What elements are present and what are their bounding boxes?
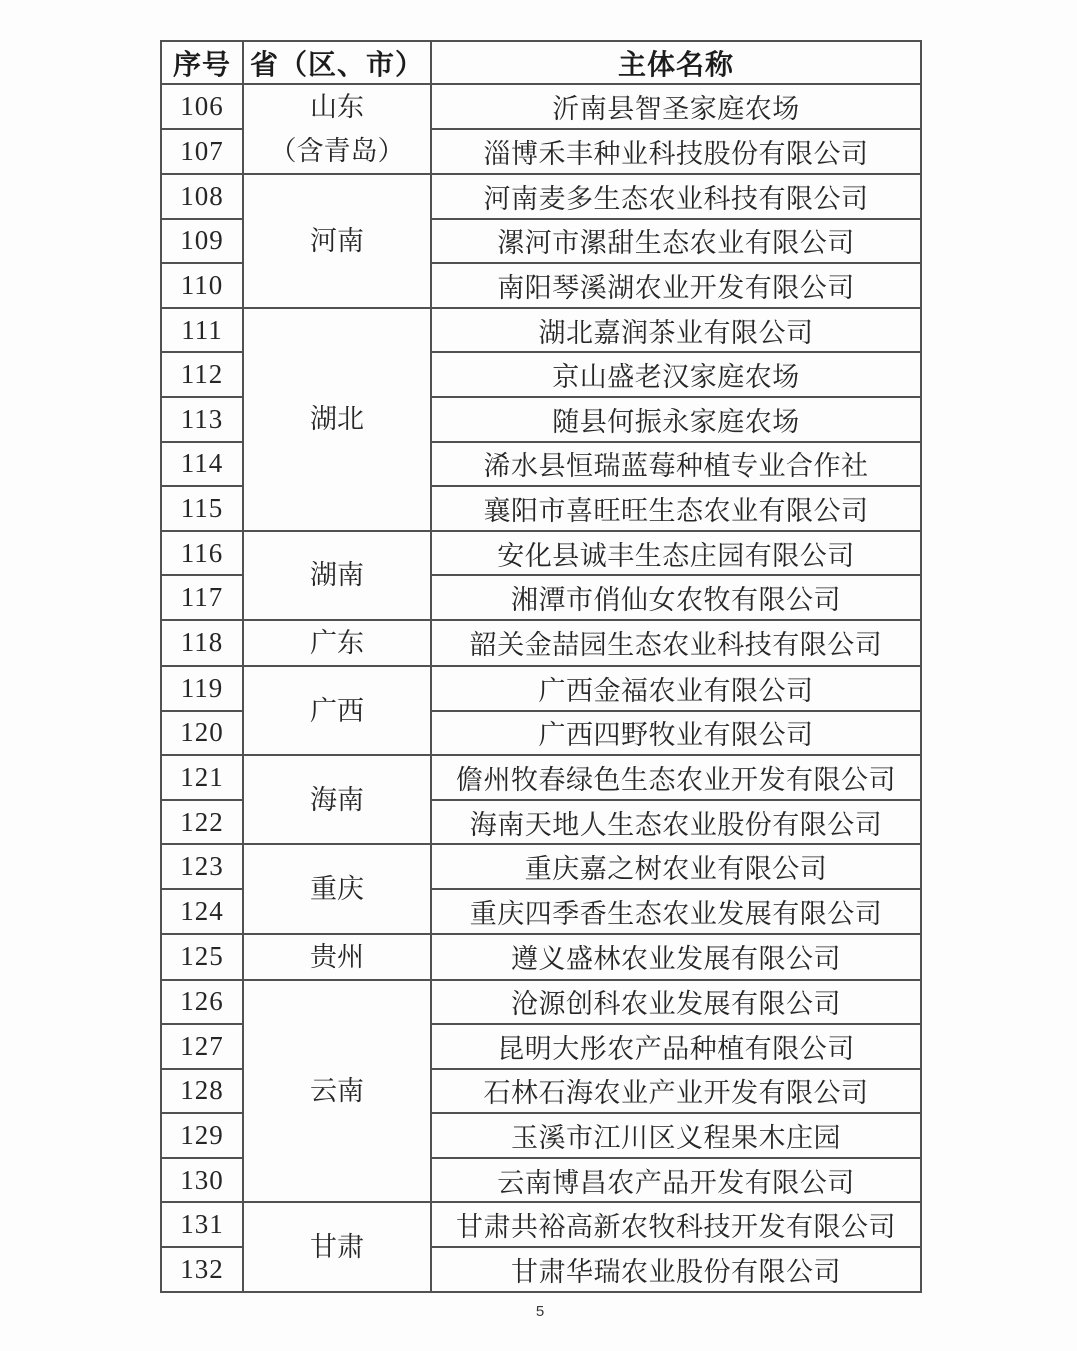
serial-number-cell: 109 <box>161 219 243 264</box>
entity-name-cell: 玉溪市江川区义程果木庄园 <box>431 1113 921 1158</box>
entity-name-cell: 甘肃共裕高新农牧科技开发有限公司 <box>431 1202 921 1247</box>
table-row: 118广东韶关金喆园生态农业科技有限公司 <box>161 620 921 666</box>
province-cell: 重庆 <box>243 844 431 933</box>
serial-number-cell: 121 <box>161 755 243 800</box>
table-header: 序号 省（区、市） 主体名称 <box>161 41 921 84</box>
table-row: 123重庆重庆嘉之树农业有限公司 <box>161 844 921 889</box>
serial-number-cell: 107 <box>161 129 243 174</box>
province-cell: 云南 <box>243 980 431 1203</box>
province-cell: 湖南 <box>243 531 431 620</box>
entity-name-cell: 沧源创科农业发展有限公司 <box>431 980 921 1025</box>
serial-number-cell: 122 <box>161 800 243 845</box>
table-row: 121海南儋州牧春绿色生态农业开发有限公司 <box>161 755 921 800</box>
serial-number-cell: 111 <box>161 308 243 353</box>
serial-number-cell: 131 <box>161 1202 243 1247</box>
header-serial-number: 序号 <box>161 41 243 84</box>
entity-name-cell: 甘肃华瑞农业股份有限公司 <box>431 1247 921 1292</box>
entity-name-cell: 浠水县恒瑞蓝莓种植专业合作社 <box>431 442 921 487</box>
entity-name-cell: 儋州牧春绿色生态农业开发有限公司 <box>431 755 921 800</box>
header-entity-name: 主体名称 <box>431 41 921 84</box>
table-row: 111湖北湖北嘉润茶业有限公司 <box>161 308 921 353</box>
document-page: 序号 省（区、市） 主体名称 106山东（含青岛）沂南县智圣家庭农场107淄博禾… <box>0 0 1077 1351</box>
province-cell: 河南 <box>243 174 431 308</box>
serial-number-cell: 115 <box>161 486 243 531</box>
entity-name-cell: 淄博禾丰种业科技股份有限公司 <box>431 129 921 174</box>
entity-name-cell: 河南麦多生态农业科技有限公司 <box>431 174 921 219</box>
header-province: 省（区、市） <box>243 41 431 84</box>
province-line: （含青岛） <box>244 129 430 173</box>
entity-name-cell: 南阳琴溪湖农业开发有限公司 <box>431 263 921 308</box>
table-row: 125贵州遵义盛林农业发展有限公司 <box>161 934 921 980</box>
table-row: 116湖南安化县诚丰生态庄园有限公司 <box>161 531 921 576</box>
entity-name-cell: 昆明大彤农产品种植有限公司 <box>431 1024 921 1069</box>
page-number: 5 <box>160 1303 920 1320</box>
serial-number-cell: 117 <box>161 575 243 620</box>
province-cell: 广东 <box>243 620 431 666</box>
province-line: 贵州 <box>244 935 430 979</box>
province-line: 广西 <box>244 689 430 733</box>
serial-number-cell: 113 <box>161 397 243 442</box>
entity-name-cell: 广西金福农业有限公司 <box>431 666 921 711</box>
province-cell: 贵州 <box>243 934 431 980</box>
serial-number-cell: 108 <box>161 174 243 219</box>
table-row: 131甘肃甘肃共裕高新农牧科技开发有限公司 <box>161 1202 921 1247</box>
entity-name-cell: 韶关金喆园生态农业科技有限公司 <box>431 620 921 666</box>
entity-name-cell: 重庆四季香生态农业发展有限公司 <box>431 889 921 934</box>
province-cell: 广西 <box>243 666 431 755</box>
entity-name-cell: 沂南县智圣家庭农场 <box>431 84 921 129</box>
serial-number-cell: 106 <box>161 84 243 129</box>
entity-name-cell: 襄阳市喜旺旺生态农业有限公司 <box>431 486 921 531</box>
table-row: 119广西广西金福农业有限公司 <box>161 666 921 711</box>
province-line: 广东 <box>244 621 430 665</box>
serial-number-cell: 124 <box>161 889 243 934</box>
serial-number-cell: 126 <box>161 980 243 1025</box>
serial-number-cell: 129 <box>161 1113 243 1158</box>
province-cell: 湖北 <box>243 308 431 531</box>
table-row: 108河南河南麦多生态农业科技有限公司 <box>161 174 921 219</box>
entity-name-cell: 湘潭市俏仙女农牧有限公司 <box>431 575 921 620</box>
entity-name-cell: 遵义盛林农业发展有限公司 <box>431 934 921 980</box>
entity-name-cell: 安化县诚丰生态庄园有限公司 <box>431 531 921 576</box>
province-cell: 海南 <box>243 755 431 844</box>
serial-number-cell: 116 <box>161 531 243 576</box>
province-line: 山东 <box>244 85 430 129</box>
province-cell: 山东（含青岛） <box>243 84 431 174</box>
entity-name-cell: 京山盛老汉家庭农场 <box>431 352 921 397</box>
serial-number-cell: 128 <box>161 1069 243 1114</box>
entity-name-cell: 湖北嘉润茶业有限公司 <box>431 308 921 353</box>
serial-number-cell: 125 <box>161 934 243 980</box>
entity-name-cell: 随县何振永家庭农场 <box>431 397 921 442</box>
table-row: 126云南沧源创科农业发展有限公司 <box>161 980 921 1025</box>
entity-name-cell: 海南天地人生态农业股份有限公司 <box>431 800 921 845</box>
entity-name-cell: 石林石海农业产业开发有限公司 <box>431 1069 921 1114</box>
province-line: 甘肃 <box>244 1225 430 1269</box>
entity-roster-table: 序号 省（区、市） 主体名称 106山东（含青岛）沂南县智圣家庭农场107淄博禾… <box>160 40 922 1293</box>
serial-number-cell: 120 <box>161 711 243 756</box>
province-cell: 甘肃 <box>243 1202 431 1291</box>
serial-number-cell: 114 <box>161 442 243 487</box>
header-row: 序号 省（区、市） 主体名称 <box>161 41 921 84</box>
province-line: 河南 <box>244 219 430 263</box>
entity-name-cell: 重庆嘉之树农业有限公司 <box>431 844 921 889</box>
province-line: 海南 <box>244 778 430 822</box>
province-line: 云南 <box>244 1069 430 1113</box>
province-line: 重庆 <box>244 867 430 911</box>
serial-number-cell: 123 <box>161 844 243 889</box>
entity-name-cell: 广西四野牧业有限公司 <box>431 711 921 756</box>
serial-number-cell: 119 <box>161 666 243 711</box>
province-line: 湖南 <box>244 553 430 597</box>
entity-name-cell: 漯河市漯甜生态农业有限公司 <box>431 219 921 264</box>
table-body: 106山东（含青岛）沂南县智圣家庭农场107淄博禾丰种业科技股份有限公司108河… <box>161 84 921 1292</box>
table-row: 106山东（含青岛）沂南县智圣家庭农场 <box>161 84 921 129</box>
entity-name-cell: 云南博昌农产品开发有限公司 <box>431 1158 921 1203</box>
serial-number-cell: 127 <box>161 1024 243 1069</box>
province-line: 湖北 <box>244 397 430 441</box>
serial-number-cell: 132 <box>161 1247 243 1292</box>
serial-number-cell: 110 <box>161 263 243 308</box>
serial-number-cell: 112 <box>161 352 243 397</box>
serial-number-cell: 118 <box>161 620 243 666</box>
serial-number-cell: 130 <box>161 1158 243 1203</box>
